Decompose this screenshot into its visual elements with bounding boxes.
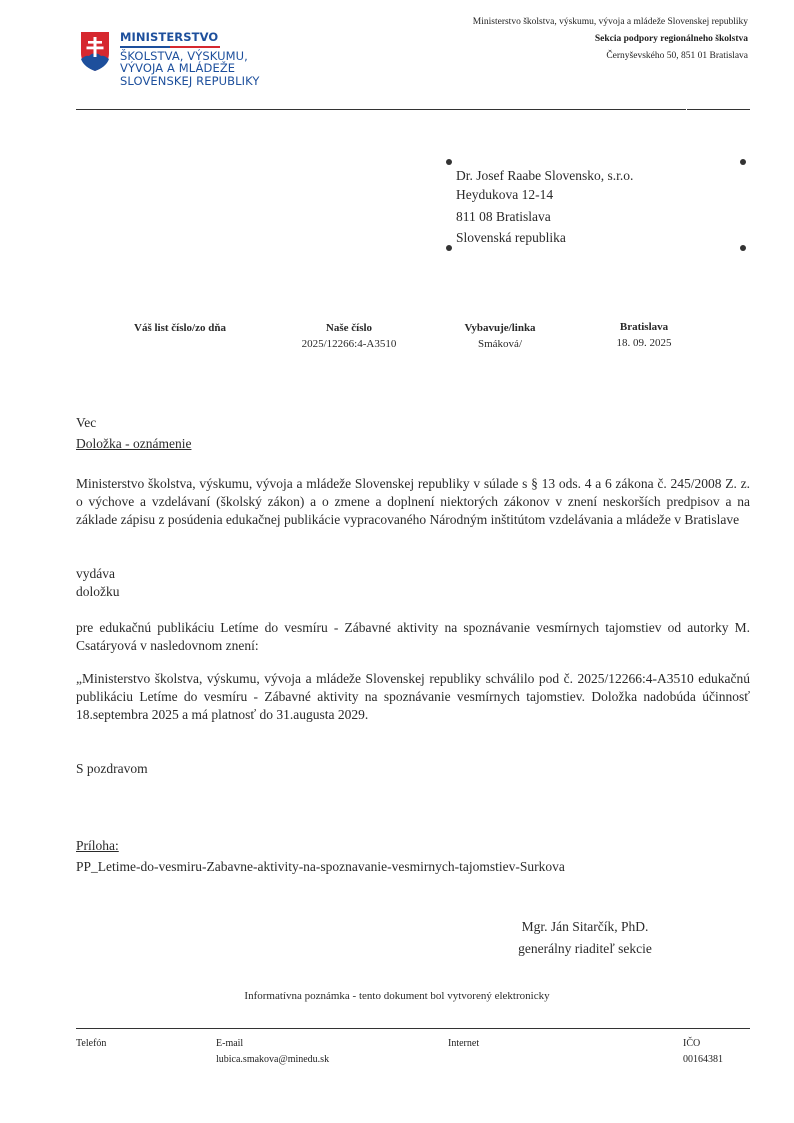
- signatory-name: Mgr. Ján Sitarčík, PhD.: [500, 916, 670, 938]
- attachment-file: PP_Letime-do-vesmiru-Zabavne-aktivity-na…: [76, 858, 750, 876]
- footer-divider: [76, 1028, 750, 1029]
- header-divider: [76, 109, 686, 110]
- informative-note: Informatívna poznámka - tento dokument b…: [0, 990, 794, 1002]
- issues-text: vydáva: [76, 565, 750, 583]
- slovak-coat-of-arms-icon: [80, 31, 110, 71]
- ref-header: Vybavuje/linka: [430, 320, 570, 336]
- sender-section: Sekcia podpory regionálneho školstva: [473, 31, 748, 48]
- ref-header: Naše číslo: [279, 320, 419, 336]
- address-corner-marker: [446, 159, 452, 165]
- footer-internet-label: Internet: [448, 1036, 479, 1052]
- signatory-title: generálny riaditeľ sekcie: [500, 938, 670, 960]
- closing: S pozdravom: [76, 760, 750, 778]
- sender-ministry: Ministerstvo školstva, výskumu, vývoja a…: [473, 14, 748, 31]
- recipient-country: Slovenská republika: [456, 228, 633, 247]
- footer-email-label: E-mail: [216, 1036, 329, 1052]
- logo-line-4: SLOVENSKEJ REPUBLIKY: [120, 75, 260, 88]
- ministry-logo: MINISTERSTVO ŠKOLSTVA, VÝSKUMU, VÝVOJA A…: [80, 31, 290, 101]
- address-corner-marker: [446, 245, 452, 251]
- ref-value: Smáková/: [430, 336, 570, 352]
- footer-ico-value: 00164381: [683, 1052, 723, 1068]
- clause-text: doložku: [76, 583, 750, 601]
- footer-phone: Telefón: [76, 1036, 106, 1052]
- ref-handled-by: Vybavuje/linka Smáková/: [430, 320, 570, 352]
- attachment-label-text: Príloha:: [76, 838, 119, 853]
- sender-block: Ministerstvo školstva, výskumu, vývoja a…: [473, 14, 748, 65]
- subject-label: Vec: [76, 414, 750, 432]
- ref-value: 18. 09. 2025: [574, 335, 714, 351]
- clause-quote: „Ministerstvo školstva, výskumu, vývoja …: [76, 670, 750, 724]
- ref-header: Bratislava: [574, 319, 714, 335]
- footer-email: E-mail lubica.smakova@minedu.sk: [216, 1036, 329, 1068]
- recipient-address: Dr. Josef Raabe Slovensko, s.r.o. Heyduk…: [456, 166, 633, 247]
- logo-divider: [120, 46, 220, 48]
- ref-value: 2025/12266:4-A3510: [279, 336, 419, 352]
- logo-line-1: MINISTERSTVO: [120, 31, 260, 44]
- logo-line-3: VÝVOJA A MLÁDEŽE: [120, 62, 260, 75]
- ref-header: Váš list číslo/zo dňa: [110, 320, 250, 336]
- attachment-label: Príloha:: [76, 837, 750, 855]
- recipient-name: Dr. Josef Raabe Slovensko, s.r.o.: [456, 166, 633, 185]
- subject-title: Doložka - oznámenie: [76, 435, 750, 453]
- ref-your-letter: Váš list číslo/zo dňa: [110, 320, 250, 336]
- recipient-street: Heydukova 12-14: [456, 185, 633, 204]
- publication-paragraph: pre edukačnú publikáciu Letíme do vesmír…: [76, 619, 750, 655]
- header-divider-end: [687, 109, 750, 110]
- footer-ico: IČO 00164381: [683, 1036, 723, 1068]
- address-corner-marker: [740, 245, 746, 251]
- subject-title-text: Doložka - oznámenie: [76, 436, 191, 451]
- footer-ico-label: IČO: [683, 1036, 723, 1052]
- sender-address: Černyševského 50, 851 01 Bratislava: [473, 48, 748, 65]
- intro-paragraph: Ministerstvo školstva, výskumu, vývoja a…: [76, 475, 750, 529]
- footer-phone-label: Telefón: [76, 1036, 106, 1052]
- address-corner-marker: [740, 159, 746, 165]
- ref-our-number: Naše číslo 2025/12266:4-A3510: [279, 320, 419, 352]
- ref-place-date: Bratislava 18. 09. 2025: [574, 319, 714, 351]
- footer-email-value[interactable]: lubica.smakova@minedu.sk: [216, 1052, 329, 1068]
- signature-block: Mgr. Ján Sitarčík, PhD. generálny riadit…: [500, 916, 670, 960]
- recipient-city: 811 08 Bratislava: [456, 207, 633, 226]
- footer-internet: Internet: [448, 1036, 479, 1052]
